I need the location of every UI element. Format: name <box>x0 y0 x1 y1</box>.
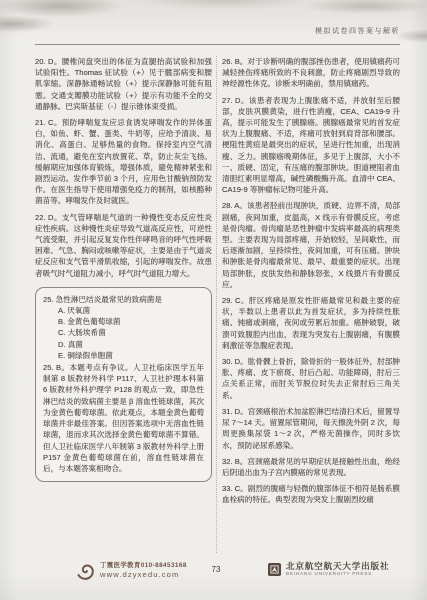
question-25-option-d: D. 真菌 <box>43 339 204 350</box>
book-page-photo: 模拟试卷四答案与解析 20. D。腰椎间盘突出的体征为直腿抬高试验和加强试验阳性… <box>0 0 427 600</box>
question-25-box: 25. 急性淋巴结炎最常见的致病菌是 A. 厌氧菌 B. 金黄色葡萄球菌 C. … <box>35 287 212 482</box>
question-25-option-b: B. 金黄色葡萄球菌 <box>43 316 204 327</box>
content-columns: 20. D。腰椎间盘突出的体征为直腿抬高试验和加强试验阳性。Thomas 征试验… <box>35 56 400 553</box>
question-25-option-c: C. 大肠埃希菌 <box>43 327 204 338</box>
answer-item-20: 20. D。腰椎间盘突出的体征为直腿抬高试验和加强试验阳性。Thomas 征试验… <box>35 56 212 112</box>
answer-item-32: 32. B。宫颈癌最常见的早期症状是接触性出血，绝经后阴道出血为子宫内膜癌的常见… <box>222 456 400 478</box>
answer-item-33: 33. C。剧烈的腹痛与轻微的腹部体征不相符是肠系膜血栓病的特征。典型表现为突发… <box>222 483 400 505</box>
answer-item-29: 29. C。肝区疼痛是原发性肝癌最常见和最主要的症状，半数以上患者以此为首发症状… <box>222 295 400 351</box>
running-head-title: 模拟试卷四答案与解析 <box>315 28 400 35</box>
brand-text: 丁震医学教育010-88453168 www.dzyxedu.com <box>100 562 187 579</box>
answer-item-28: 28. A。该患者胫前出现肿块，质硬、边界不清，局部剧痛，夜间加重，皮温高，X … <box>222 200 400 290</box>
answer-item-21: 21. C。预防哮喘复发应忌食诱发哮喘发作的异体蛋白，如鱼、虾、蟹、蛋类、牛奶等… <box>35 117 212 207</box>
publisher-logo-icon <box>268 563 281 576</box>
header-rule <box>35 44 400 45</box>
question-25-analysis: 25. B。本题考点有争议。人卫社临床医学五年制第 8 版教材外科学 P117、… <box>43 362 204 474</box>
page-footer: 丁震医学教育010-88453168 www.dzyxedu.com 73 北京… <box>0 556 427 596</box>
question-25-option-e: E. 铜绿假单胞菌 <box>43 350 204 361</box>
running-head: 模拟试卷四答案与解析 <box>35 26 400 36</box>
column-divider <box>216 56 217 553</box>
answer-item-27: 27. D。该患者表现为上腹胀痛不适，并放射至后腰部，皮肤巩膜黄染，进行性消瘦，… <box>222 95 400 196</box>
page-number: 73 <box>204 565 228 574</box>
publisher-name-cn: 北京航空航天大学出版社 <box>286 561 389 572</box>
brand-name-phone: 丁震医学教育010-88453168 <box>100 562 187 570</box>
answer-item-22: 22. D。支气管哮喘是气道的一种慢性变态反应性炎症性疾病。这种慢性炎症导致气道… <box>35 212 212 279</box>
question-25-stem: 25. 急性淋巴结炎最常见的致病菌是 <box>43 294 204 305</box>
right-column: 26. B。对于诊断明确的腹部挫伤患者，使用镇痛药可减轻挫伤疼痛所致的不良刺激，… <box>222 56 400 553</box>
answer-item-31: 31. D。宫颈癌根治术加盆腔淋巴结清扫术后，留置导尿 7～14 天。留置尿管期… <box>222 406 400 451</box>
question-25-option-a: A. 厌氧菌 <box>43 305 204 316</box>
answer-item-30: 30. D。肱骨髁上骨折，除骨折的一般体征外，肘部肿胀、疼痛、皮下瘀斑、肘后凸起… <box>222 356 400 401</box>
publisher-text: 北京航空航天大学出版社 BEIHANG UNIVERSITY PRESS <box>286 561 389 578</box>
publisher-block: 北京航空航天大学出版社 BEIHANG UNIVERSITY PRESS <box>268 561 389 578</box>
left-column: 20. D。腰椎间盘突出的体征为直腿抬高试验和加强试验阳性。Thomas 征试验… <box>35 56 212 553</box>
spiral-logo-icon <box>76 561 96 581</box>
answer-item-26: 26. B。对于诊断明确的腹部挫伤患者，使用镇痛药可减轻挫伤疼痛所致的不良刺激，… <box>222 56 400 90</box>
brand-website: www.dzyxedu.com <box>100 570 187 579</box>
brand-block: 丁震医学教育010-88453168 www.dzyxedu.com <box>76 561 187 581</box>
publisher-name-en: BEIHANG UNIVERSITY PRESS <box>286 572 389 578</box>
